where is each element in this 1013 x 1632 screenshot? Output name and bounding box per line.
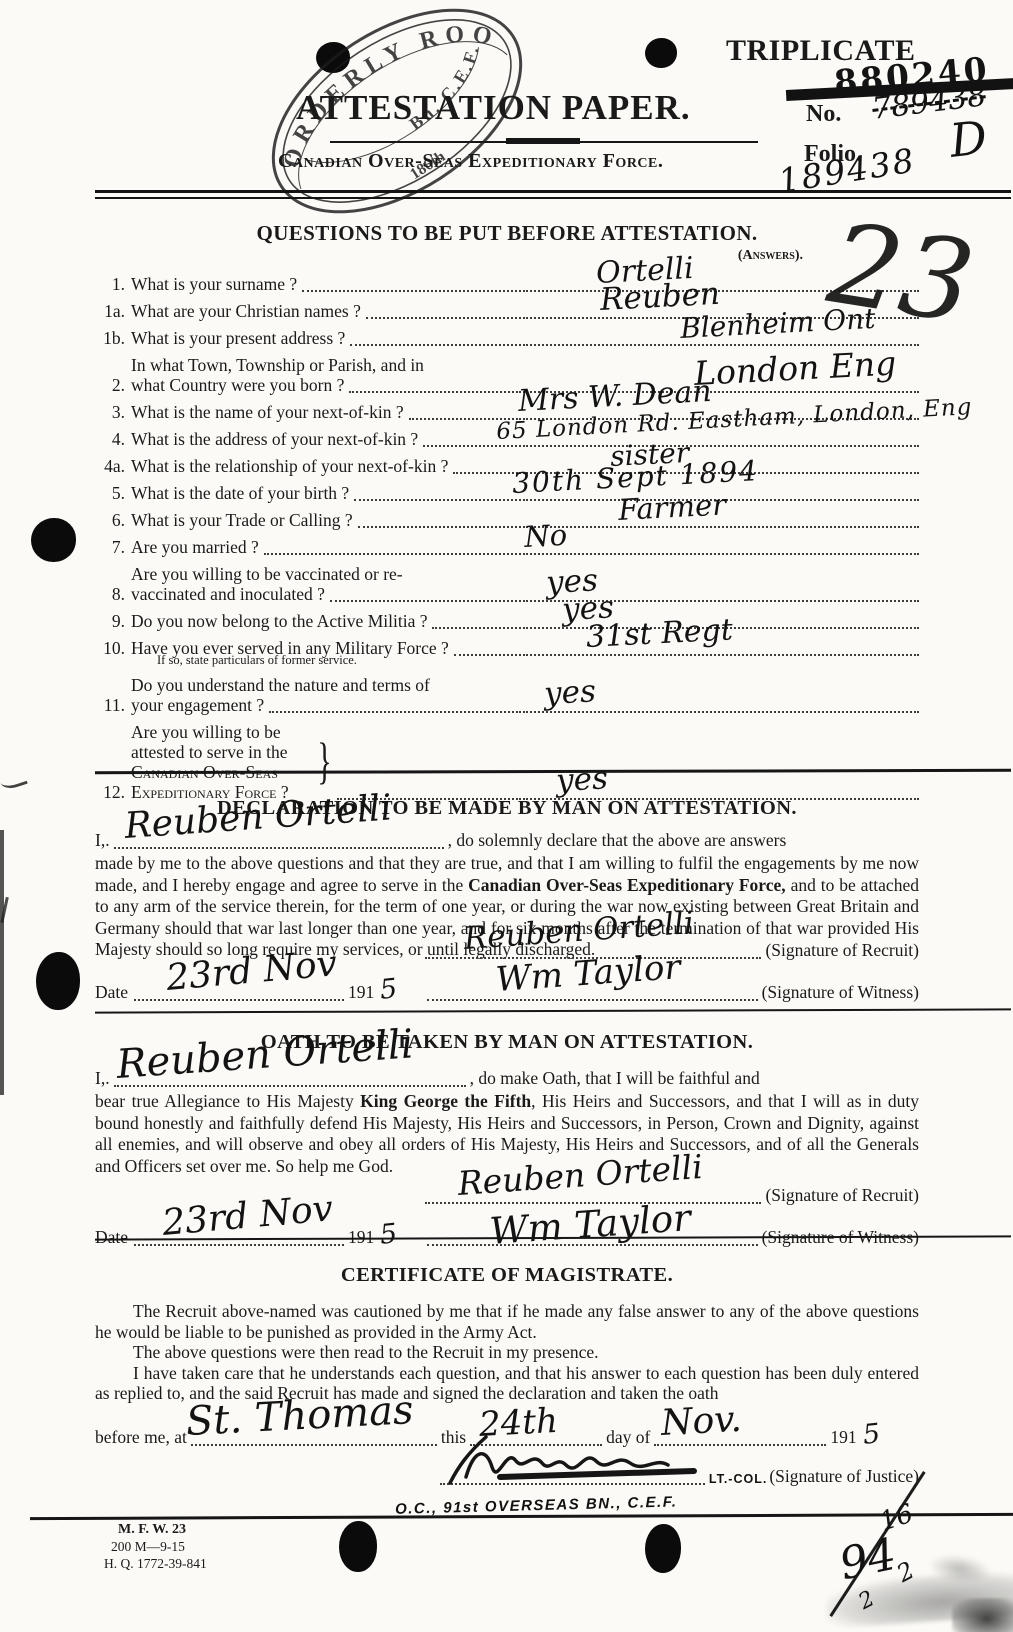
- punch-hole: [339, 1521, 377, 1572]
- justice-signature-row: LT.-COL. (Signature of Justice): [440, 1466, 919, 1487]
- handwritten-answer: yes: [543, 676, 596, 710]
- date-label: Date: [95, 982, 128, 1003]
- form-code-1: M. F. W. 23: [104, 1521, 207, 1538]
- punch-hole: [645, 38, 677, 68]
- question-row-5: 5.What is the date of your birth ? 30th …: [95, 483, 919, 503]
- name-blank-line: Reuben Ortelli: [114, 1081, 466, 1087]
- question-row-1: 1.What is your surname ? Ortelli: [95, 274, 919, 294]
- q-text: What is your surname ?: [131, 274, 297, 294]
- q-text: What is your Trade or Calling ?: [131, 510, 353, 530]
- leader-dots: [432, 624, 521, 629]
- year-printed: 191: [348, 982, 374, 1003]
- form-codes: M. F. W. 23 200 M—9-15 H. Q. 1772-39-841: [104, 1521, 207, 1572]
- answer-line: No: [523, 550, 919, 555]
- place-line: St. Thomas: [191, 1441, 437, 1446]
- q-num: 8.: [95, 584, 131, 604]
- q-num: 5.: [95, 483, 131, 503]
- leader-dots: [354, 496, 521, 501]
- witness-signature-label: (Signature of Witness): [762, 982, 919, 1003]
- orderly-room-stamp: ORDERLY ROOM Bn. C.E.F. 186th: [222, 6, 572, 221]
- handwritten-year: 5: [861, 1420, 881, 1449]
- q-num: 1a.: [95, 301, 131, 321]
- answer-line: Farmer: [523, 523, 919, 528]
- attestation-paper-scan: { "header": { "triplicate": "TRIPLICATE"…: [0, 0, 1013, 1632]
- leader-dots: [264, 550, 521, 555]
- scan-edge-artifact: [0, 830, 4, 1095]
- handwritten-answer: No: [523, 521, 567, 552]
- year-printed: 191: [830, 1427, 856, 1448]
- q-text: What is the date of your birth ?: [131, 483, 349, 503]
- question-row-7: 7.Are you married ? No: [95, 537, 919, 557]
- lead-text: I,.: [95, 1068, 110, 1089]
- q-num: 4.: [95, 429, 131, 449]
- magistrate-paragraph-2: The above questions were then read to th…: [95, 1342, 919, 1363]
- declaration-section: DECLARATION TO BE MADE BY MAN ON ATTESTA…: [95, 779, 919, 1003]
- q-text: Do you now belong to the Active Militia …: [131, 611, 427, 631]
- handwritten-year: 5: [379, 975, 399, 1004]
- leader-dots: [330, 597, 521, 602]
- punch-hole: [31, 518, 76, 562]
- lead-text: I,.: [95, 830, 110, 851]
- form-code-2: 200 M—9-15: [104, 1538, 207, 1555]
- no-label: No.: [806, 101, 841, 128]
- body-text: bear true Allegiance to His Majesty: [95, 1091, 360, 1111]
- margin-pen-mark: [0, 768, 28, 791]
- q-text-line2: vaccinated and inoculated ?: [131, 584, 325, 604]
- leader-dots: [454, 651, 521, 656]
- leader-dots: [358, 523, 521, 528]
- oath-opening-line: I,. Reuben Ortelli , do make Oath, that …: [95, 1068, 919, 1089]
- handwritten-place: St. Thomas: [185, 1390, 415, 1442]
- punch-hole: [645, 1524, 681, 1573]
- q-num: 1b.: [95, 328, 131, 348]
- handwritten-answer: 31st Regt: [585, 615, 733, 653]
- questions-section: QUESTIONS TO BE PUT BEFORE ATTESTATION. …: [95, 205, 919, 809]
- header-double-rule: [95, 190, 1011, 199]
- q-num: 1.: [95, 274, 131, 294]
- q-text-line1: Are you willing to be vaccinated or re-: [131, 564, 523, 584]
- q-text-line1: In what Town, Township or Parish, and in: [131, 355, 523, 375]
- brace-glyph: }: [317, 745, 331, 779]
- q-text: What is the address of your next-of-kin …: [131, 429, 418, 449]
- lt-col-stamp: LT.-COL.: [709, 1472, 767, 1486]
- q-text-line2: your engagement ?: [131, 695, 264, 715]
- handwritten-year: 5: [379, 1220, 399, 1249]
- question-row-2: 2. In what Town, Township or Parish, and…: [95, 355, 919, 395]
- leader-dots: [302, 287, 521, 292]
- form-code-3: H. Q. 1772-39-841: [104, 1555, 207, 1572]
- q-num: 2.: [95, 375, 131, 395]
- question-row-4a: 4a.What is the relationship of your next…: [95, 456, 919, 476]
- answer-line: 65 London Rd. Eastham, London, Eng: [523, 442, 919, 447]
- answer-line: yes: [523, 708, 919, 713]
- question-row-6: 6.What is your Trade or Calling ? Farmer: [95, 510, 919, 530]
- leader-dots: [366, 314, 521, 319]
- margin-scribble: 23: [822, 208, 980, 341]
- bold-force-name: Canadian Over-Seas Expeditionary Force,: [468, 875, 786, 895]
- leader-dots: [349, 388, 521, 393]
- question-row-4: 4.What is the address of your next-of-ki…: [95, 429, 919, 449]
- handwritten-date: 23rd Nov: [161, 1191, 335, 1242]
- q-text: Are you married ?: [131, 537, 259, 557]
- questions-title: QUESTIONS TO BE PUT BEFORE ATTESTATION.: [95, 221, 919, 246]
- q-text: What is your present address ?: [131, 328, 345, 348]
- magistrate-paragraph-1: The Recruit above-named was cautioned by…: [95, 1301, 919, 1342]
- q-num: 9.: [95, 611, 131, 631]
- pencil-mark: 94: [836, 1533, 900, 1588]
- handwritten-answer: Farmer: [617, 490, 726, 525]
- declaration-opening-line: I,. Reuben Ortelli , do solemnly declare…: [95, 830, 919, 851]
- scan-smudge: [952, 1598, 1013, 1632]
- question-row-9: 9.Do you now belong to the Active Militi…: [95, 611, 919, 631]
- q-num: 7.: [95, 537, 131, 557]
- q-text: What is the relationship of your next-of…: [131, 456, 448, 476]
- question-row-8: 8. Are you willing to be vaccinated or r…: [95, 564, 919, 604]
- magistrate-section: CERTIFICATE OF MAGISTRATE. The Recruit a…: [95, 1246, 919, 1511]
- q-text: What are your Christian names ?: [131, 301, 361, 321]
- name-blank-line: Reuben Ortelli: [114, 843, 444, 849]
- recruit-signature-label: (Signature of Recruit): [765, 1185, 919, 1206]
- leader-dots: [350, 341, 521, 346]
- before-label: before me, at: [95, 1427, 187, 1448]
- magistrate-title: CERTIFICATE OF MAGISTRATE.: [95, 1264, 919, 1287]
- question-row-1b: 1b.What is your present address ? Blenhe…: [95, 328, 919, 348]
- witness-signature-line: Wm Taylor: [427, 996, 757, 1001]
- oath-section: OATH TO BE TAKEN BY MAN ON ATTESTATION. …: [95, 1013, 919, 1248]
- oath-date-row: Date 23rd Nov 191 5 Wm Taylor (Signature…: [95, 1221, 919, 1248]
- after-blank-text: , do make Oath, that I will be faithful …: [470, 1068, 760, 1089]
- answer-line: 31st Regt: [523, 651, 919, 656]
- q-num: 11.: [95, 695, 131, 715]
- q-num: 6.: [95, 510, 131, 530]
- handwritten-folio: D: [948, 114, 989, 164]
- punch-hole: [36, 952, 80, 1010]
- justice-signature-scrawl: [446, 1425, 716, 1491]
- q-text: What is the name of your next-of-kin ?: [131, 402, 404, 422]
- q-text-line2: what Country were you born ?: [131, 375, 344, 395]
- q-num: 10.: [95, 638, 131, 658]
- justice-signature-label: (Signature of Justice): [769, 1466, 919, 1487]
- bold-king-name: King George the Fifth: [360, 1091, 531, 1111]
- witness-signature: Wm Taylor: [489, 1199, 693, 1250]
- q-num: 4a.: [95, 456, 131, 476]
- question-row-11: 11. Do you understand the nature and ter…: [95, 675, 919, 715]
- recruit-signature-label: (Signature of Recruit): [765, 940, 919, 961]
- after-blank-text: , do solemnly declare that the above are…: [448, 830, 787, 851]
- declaration-date-row: Date 23rd Nov 191 5 Wm Taylor (Signature…: [95, 976, 919, 1003]
- answers-column-label: (Answers).: [95, 248, 919, 264]
- justice-signature-line: [440, 1480, 705, 1485]
- q-text-line1: Are you willing to be attested to serve …: [131, 722, 315, 762]
- q-num: 3.: [95, 402, 131, 422]
- leader-dots: [269, 708, 521, 713]
- date-line: 23rd Nov: [134, 996, 344, 1001]
- q-text-line1: Do you understand the nature and terms o…: [131, 675, 523, 695]
- handwritten-answer: London Eng: [693, 346, 897, 390]
